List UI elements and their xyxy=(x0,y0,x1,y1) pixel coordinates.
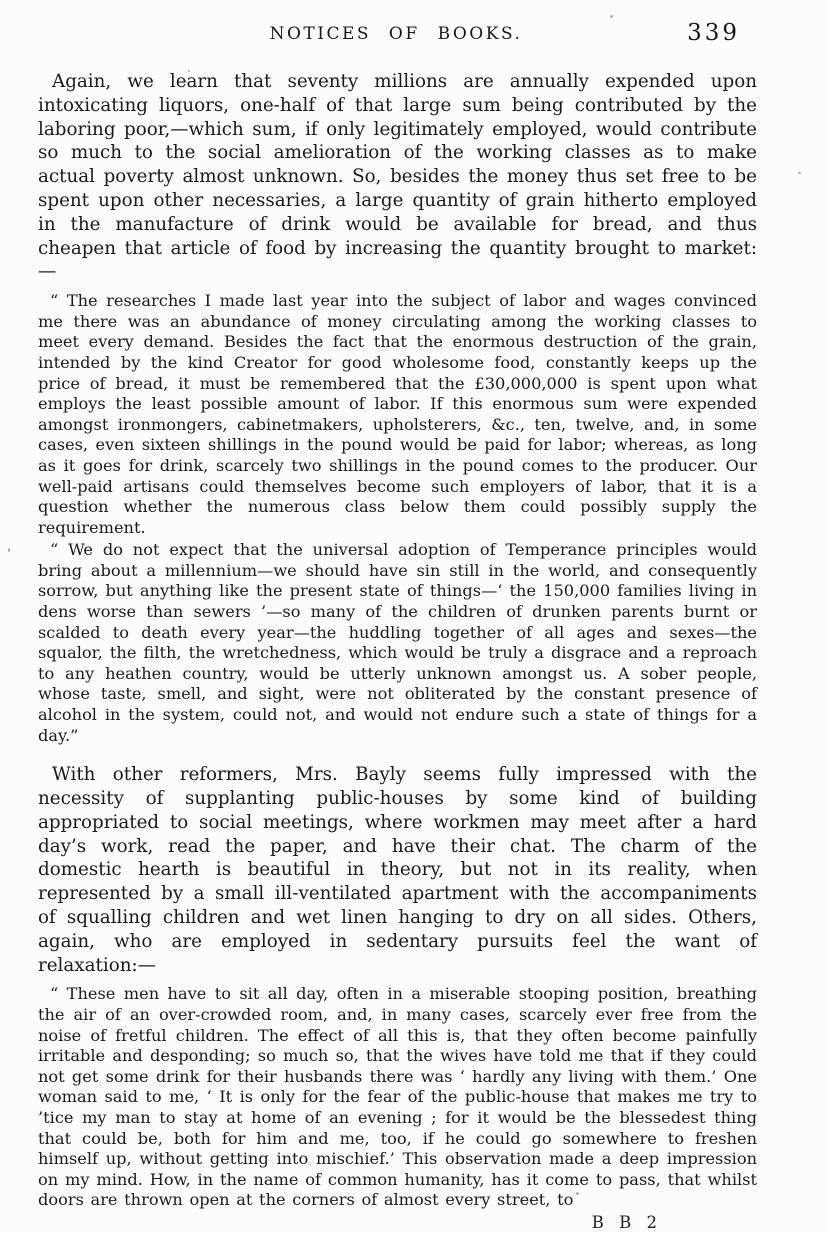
scan-speck xyxy=(798,172,801,174)
quote-block-1: “ The researches I made last year into t… xyxy=(38,291,757,538)
quote-block-3: “ These men have to sit all day, often i… xyxy=(38,984,757,1211)
body-paragraph-1: Again, we learn that seventy millions ar… xyxy=(38,70,757,284)
quote-block-2: “ We do not expect that the universal ad… xyxy=(38,540,757,746)
scan-speck xyxy=(576,1192,579,1195)
scan-speck xyxy=(188,70,190,72)
book-page: NOTICES OF BOOKS. 339 Again, we learn th… xyxy=(0,0,828,1233)
running-head-title: NOTICES OF BOOKS. xyxy=(38,24,754,44)
page-header: NOTICES OF BOOKS. 339 xyxy=(38,24,754,54)
page-body: Again, we learn that seventy millions ar… xyxy=(38,70,757,1232)
scan-speck xyxy=(610,15,613,18)
body-paragraph-2: With other reformers, Mrs. Bayly seems f… xyxy=(38,763,757,977)
page-number: 339 xyxy=(687,20,740,46)
scan-speck xyxy=(8,548,10,552)
printer-signature: B B 2 xyxy=(38,1213,757,1232)
